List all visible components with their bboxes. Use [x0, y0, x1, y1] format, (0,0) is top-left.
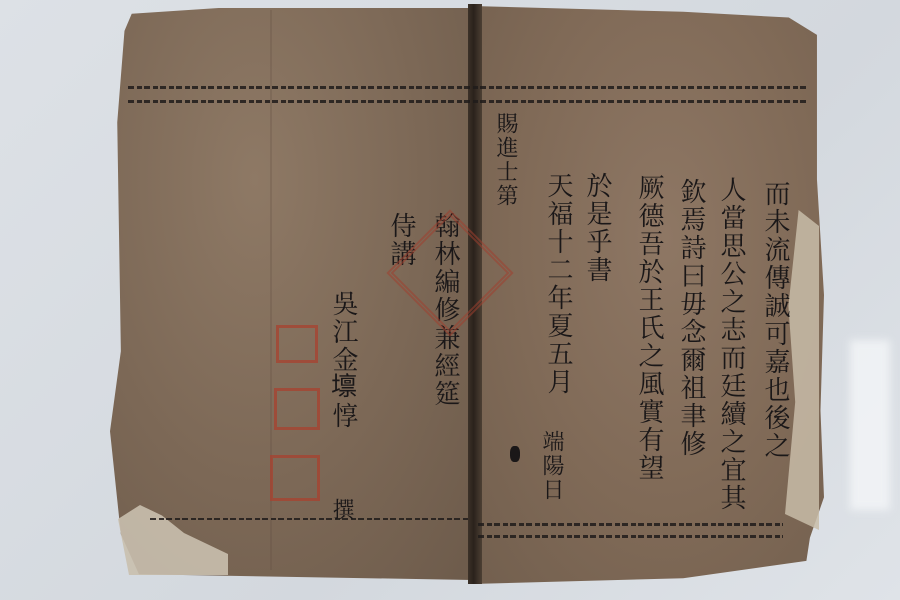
text-column: 於是乎書 — [584, 172, 610, 284]
text-column: 人當思公之志而廷續之宜其 — [718, 176, 744, 512]
author-column: 吳江金𡒄惇 — [330, 290, 356, 430]
text-column: 賜進士第 — [494, 112, 516, 208]
bottom-border-line — [478, 523, 783, 526]
red-seal — [270, 455, 320, 501]
red-seal — [276, 325, 318, 363]
bottom-border-line — [150, 518, 470, 520]
text-column: 厥德吾於王氏之風實有望 — [636, 174, 662, 482]
text-column: 天福十二年夏五月 — [545, 172, 571, 396]
ink-blot — [510, 446, 520, 462]
top-border-line — [128, 100, 808, 103]
text-column: 撰 — [330, 498, 352, 522]
text-column: 欽焉詩曰毋念爾祖聿修 — [678, 178, 704, 458]
text-column: 而未流傳誠可嘉也後之 — [762, 180, 788, 460]
top-border-line — [128, 86, 808, 89]
opened-book: 而未流傳誠可嘉也後之 人當思公之志而廷續之宜其 欽焉詩曰毋念爾祖聿修 厥德吾於王… — [0, 0, 900, 600]
red-seal — [274, 388, 320, 430]
bottom-border-line — [478, 535, 783, 538]
text-column: 端陽日 — [540, 430, 562, 502]
